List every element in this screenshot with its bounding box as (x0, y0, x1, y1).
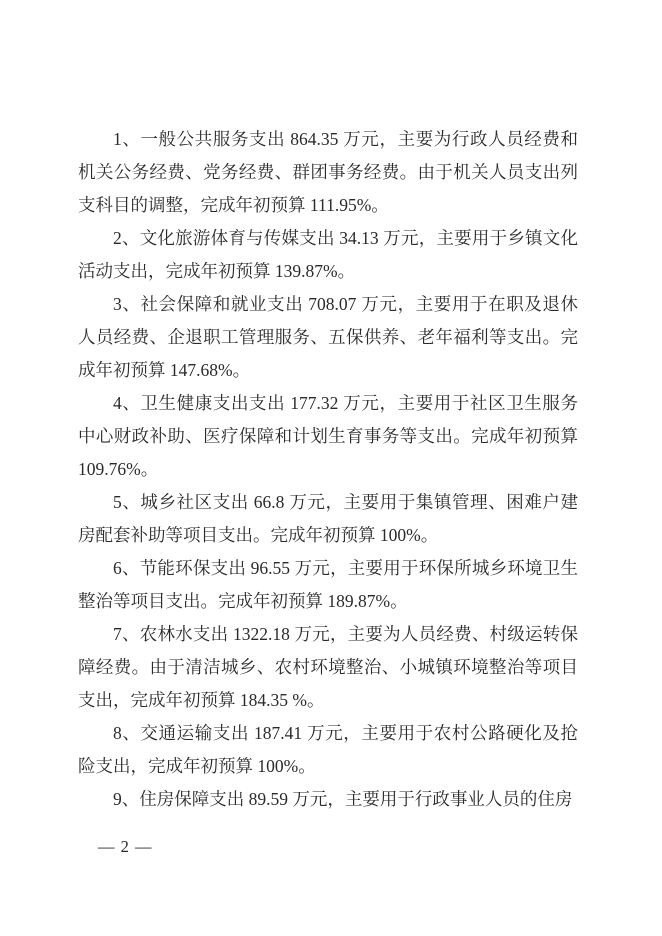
paragraph-urban-rural-community: 5、城乡社区支出 66.8 万元，主要用于集镇管理、困难户建房配套补助等项目支出… (78, 486, 578, 552)
paragraph-energy-environment: 6、节能环保支出 96.55 万元，主要用于环保所城乡环境卫生整治等项目支出。完… (78, 552, 578, 618)
page-number: — 2 — (98, 836, 153, 858)
document-page: 1、一般公共服务支出 864.35 万元，主要为行政人员经费和机关公务经费、党务… (0, 0, 662, 936)
document-body: 1、一般公共服务支出 864.35 万元，主要为行政人员经费和机关公务经费、党务… (78, 123, 578, 816)
paragraph-social-security-employment: 3、社会保障和就业支出 708.07 万元，主要用于在职及退休人员经费、企退职工… (78, 288, 578, 387)
paragraph-culture-tourism-media: 2、文化旅游体育与传媒支出 34.13 万元，主要用于乡镇文化活动支出，完成年初… (78, 222, 578, 288)
paragraph-general-public-services: 1、一般公共服务支出 864.35 万元，主要为行政人员经费和机关公务经费、党务… (78, 123, 578, 222)
paragraph-transportation: 8、交通运输支出 187.41 万元，主要用于农村公路硬化及抢险支出，完成年初预… (78, 717, 578, 783)
paragraph-agriculture-forestry-water: 7、农林水支出 1322.18 万元，主要为人员经费、村级运转保障经费。由于清洁… (78, 618, 578, 717)
paragraph-health: 4、卫生健康支出支出 177.32 万元，主要用于社区卫生服务中心财政补助、医疗… (78, 387, 578, 486)
paragraph-housing-security: 9、住房保障支出 89.59 万元，主要用于行政事业人员的住房 (78, 783, 578, 816)
